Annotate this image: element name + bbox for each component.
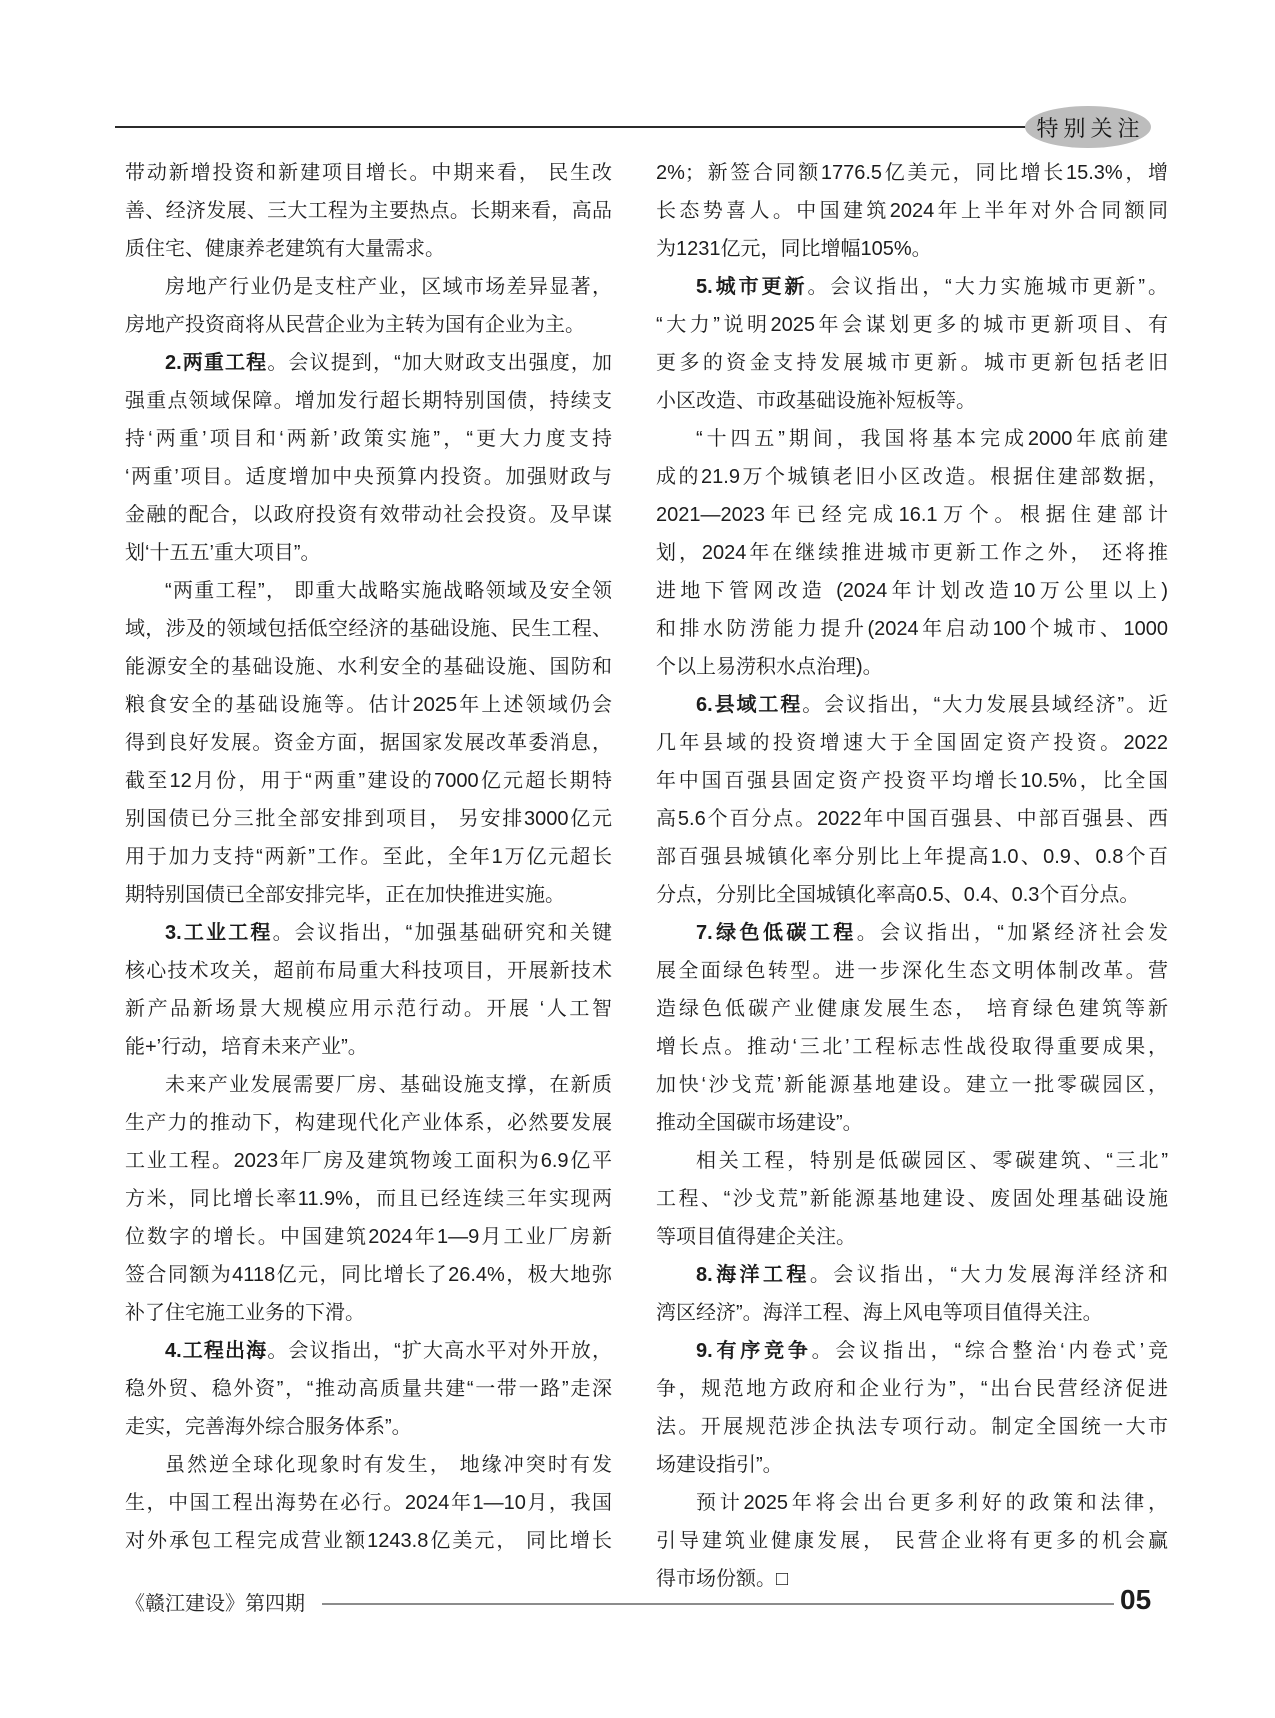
magazine-page: 特别关注 带动新增投资和新建项目增长。中期来看， 民生改善、经济发展、三大工程为… — [0, 0, 1275, 1718]
text-line: 部百强县城镇化率分别比上年提高1.0、0.9、0.8个百 — [656, 838, 1168, 876]
text-line: 7.绿色低碳工程。会议指出，“加紧经济社会发 — [656, 914, 1168, 952]
left-column: 带动新增投资和新建项目增长。中期来看， 民生改善、经济发展、三大工程为主要热点。… — [125, 154, 612, 1560]
text-line: 粮食安全的基础设施等。估计2025年上述领域仍会 — [125, 686, 612, 724]
text-line: 为1231亿元，同比增幅105%。 — [656, 230, 1168, 268]
text-line: 补了住宅施工业务的下滑。 — [125, 1294, 612, 1332]
text-line: 2.两重工程。会议提到，“加大财政支出强度，加 — [125, 344, 612, 382]
text-line: 湾区经济”。海洋工程、海上风电等项目值得关注。 — [656, 1294, 1168, 1332]
journal-title: 《赣江建设》第四期 — [125, 1591, 305, 1617]
text-line: ‘两重’项目。适度增加中央预算内投资。加强财政与 — [125, 458, 612, 496]
text-line: 生产力的推动下，构建现代化产业体系，必然要发展 — [125, 1104, 612, 1142]
text-line: 期特别国债已全部安排完毕，正在加快推进实施。 — [125, 876, 612, 914]
text-line: 几年县域的投资增速大于全国固定资产投资。2022 — [656, 724, 1168, 762]
text-line: 持‘两重’项目和‘两新’政策实施”，“更大力度支持 — [125, 420, 612, 458]
text-line: 造绿色低碳产业健康发展生态， 培育绿色建筑等新 — [656, 990, 1168, 1028]
text-line: 房地产行业仍是支柱产业，区域市场差异显著， — [125, 268, 612, 306]
text-line: 带动新增投资和新建项目增长。中期来看， 民生改 — [125, 154, 612, 192]
text-line: 展全面绿色转型。进一步深化生态文明体制改革。营 — [656, 952, 1168, 990]
right-column: 2%；新签合同额1776.5亿美元，同比增长15.3%，增长态势喜人。中国建筑2… — [656, 154, 1168, 1598]
text-line: 分点，分别比全国城镇化率高0.5、0.4、0.3个百分点。 — [656, 876, 1168, 914]
text-line: 9.有序竞争。会议指出，“综合整治‘内卷式’竞 — [656, 1332, 1168, 1370]
text-line: 工程、“沙戈荒”新能源基地建设、废固处理基础设施 — [656, 1180, 1168, 1218]
text-line: 年中国百强县固定资产投资平均增长10.5%，比全国 — [656, 762, 1168, 800]
text-line: 位数字的增长。中国建筑2024年1—9月工业厂房新 — [125, 1218, 612, 1256]
text-line: 加快‘沙戈荒’新能源基地建设。建立一批零碳园区， — [656, 1066, 1168, 1104]
badge-label: 特别关注 — [1031, 112, 1144, 143]
text-line: 金融的配合，以政府投资有效带动社会投资。及早谋 — [125, 496, 612, 534]
text-line: 生，中国工程出海势在必行。2024年1—10月，我国 — [125, 1484, 612, 1522]
text-line: 争，规范地方政府和企业行为”，“出台民营经济促进 — [656, 1370, 1168, 1408]
text-line: “十四五”期间，我国将基本完成2000年底前建 — [656, 420, 1168, 458]
text-line: 个以上易涝积水点治理)。 — [656, 648, 1168, 686]
text-line: 工业工程。2023年厂房及建筑物竣工面积为6.9亿平 — [125, 1142, 612, 1180]
text-line: 场建设指引”。 — [656, 1446, 1168, 1484]
text-line: 更多的资金支持发展城市更新。城市更新包括老旧 — [656, 344, 1168, 382]
text-line: 强重点领域保障。增加发行超长期特别国债，持续支 — [125, 382, 612, 420]
text-line: 高5.6个百分点。2022年中国百强县、中部百强县、西 — [656, 800, 1168, 838]
text-line: 8.海洋工程。会议指出，“大力发展海洋经济和 — [656, 1256, 1168, 1294]
text-line: 6.县域工程。会议指出，“大力发展县域经济”。近 — [656, 686, 1168, 724]
text-line: 预计2025年将会出台更多利好的政策和法律， — [656, 1484, 1168, 1522]
text-line: 成的21.9万个城镇老旧小区改造。根据住建部数据， — [656, 458, 1168, 496]
text-line: 推动全国碳市场建设”。 — [656, 1104, 1168, 1142]
text-line: 法。开展规范涉企执法专项行动。制定全国统一大市 — [656, 1408, 1168, 1446]
text-line: 别国债已分三批全部安排到项目， 另安排3000亿元 — [125, 800, 612, 838]
text-line: 和排水防涝能力提升(2024年启动100个城市、1000 — [656, 610, 1168, 648]
text-line: 虽然逆全球化现象时有发生， 地缘冲突时有发 — [125, 1446, 612, 1484]
text-line: “大力”说明2025年会谋划更多的城市更新项目、有 — [656, 306, 1168, 344]
header-rule — [115, 126, 1032, 128]
text-line: 核心技术攻关，超前布局重大科技项目，开展新技术 — [125, 952, 612, 990]
text-line: 未来产业发展需要厂房、基础设施支撑，在新质 — [125, 1066, 612, 1104]
text-line: 相关工程，特别是低碳园区、零碳建筑、“三北” — [656, 1142, 1168, 1180]
text-line: 稳外贸、稳外资”，“推动高质量共建“一带一路”走深 — [125, 1370, 612, 1408]
text-line: 得市场份额。□ — [656, 1560, 1168, 1598]
text-line: 3.工业工程。会议指出，“加强基础研究和关键 — [125, 914, 612, 952]
text-line: 划，2024年在继续推进城市更新工作之外， 还将推 — [656, 534, 1168, 572]
text-line: 能源安全的基础设施、水利安全的基础设施、国防和 — [125, 648, 612, 686]
text-line: 进地下管网改造 (2024年计划改造10万公里以上) — [656, 572, 1168, 610]
text-line: 新产品新场景大规模应用示范行动。开展 ‘人工智 — [125, 990, 612, 1028]
text-line: 善、经济发展、三大工程为主要热点。长期来看，高品 — [125, 192, 612, 230]
text-line: 2021—2023年已经完成16.1万个。根据住建部计 — [656, 496, 1168, 534]
text-line: 4.工程出海。会议指出，“扩大高水平对外开放， — [125, 1332, 612, 1370]
text-line: 5.城市更新。会议指出，“大力实施城市更新”。 — [656, 268, 1168, 306]
text-line: 截至12月份，用于“两重”建设的7000亿元超长期特 — [125, 762, 612, 800]
text-line: 能+’行动，培育未来产业”。 — [125, 1028, 612, 1066]
text-line: 房地产投资商将从民营企业为主转为国有企业为主。 — [125, 306, 612, 344]
text-line: 长态势喜人。中国建筑2024年上半年对外合同额同 — [656, 192, 1168, 230]
text-line: 域，涉及的领域包括低空经济的基础设施、民生工程、 — [125, 610, 612, 648]
text-line: 质住宅、健康养老建筑有大量需求。 — [125, 230, 612, 268]
text-line: 引导建筑业健康发展， 民营企业将有更多的机会赢 — [656, 1522, 1168, 1560]
text-line: 小区改造、市政基础设施补短板等。 — [656, 382, 1168, 420]
text-line: “两重工程”， 即重大战略实施战略领域及安全领 — [125, 572, 612, 610]
text-line: 方米，同比增长率11.9%，而且已经连续三年实现两 — [125, 1180, 612, 1218]
text-line: 2%；新签合同额1776.5亿美元，同比增长15.3%，增 — [656, 154, 1168, 192]
text-line: 增长点。推动‘三北’工程标志性战役取得重要成果， — [656, 1028, 1168, 1066]
text-line: 走实，完善海外综合服务体系”。 — [125, 1408, 612, 1446]
footer-rule — [322, 1603, 1114, 1605]
page-number: 05 — [1120, 1583, 1151, 1617]
text-line: 划‘十五五’重大项目”。 — [125, 534, 612, 572]
special-focus-badge: 特别关注 — [1025, 106, 1151, 148]
text-line: 得到良好发展。资金方面，据国家发展改革委消息， — [125, 724, 612, 762]
text-line: 签合同额为4118亿元，同比增长了26.4%，极大地弥 — [125, 1256, 612, 1294]
text-line: 等项目值得建企关注。 — [656, 1218, 1168, 1256]
text-line: 用于加力支持“两新”工作。至此，全年1万亿元超长 — [125, 838, 612, 876]
text-line: 对外承包工程完成营业额1243.8亿美元， 同比增长 — [125, 1522, 612, 1560]
